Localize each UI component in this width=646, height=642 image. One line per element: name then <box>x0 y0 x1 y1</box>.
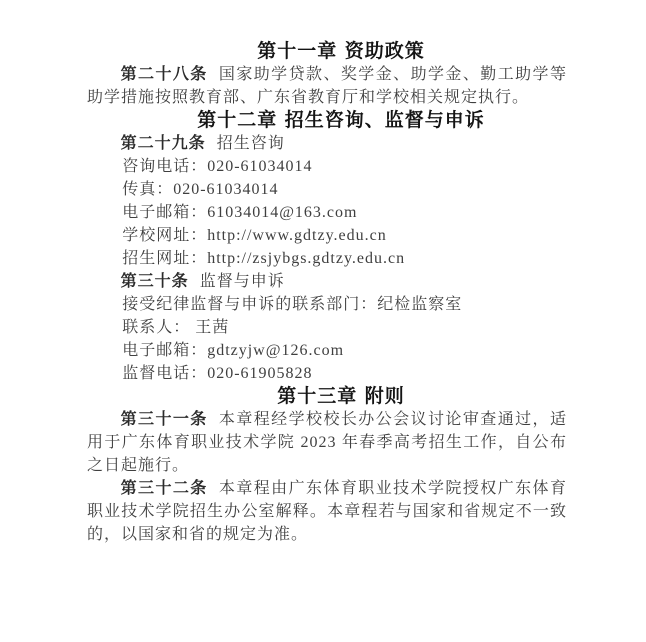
chapter-heading: 第十二章 招生咨询、监督与申诉 <box>101 109 581 132</box>
contact-detail-line: 电子邮箱：61034014@163.com <box>87 201 567 224</box>
article-number: 第三十二条 <box>121 480 208 497</box>
article-number: 第三十一条 <box>121 411 208 428</box>
contact-detail-line: 接受纪律监督与申诉的联系部门：纪检监察室 <box>87 293 567 316</box>
contact-detail-line: 招生网址：http://zsjybgs.gdtzy.edu.cn <box>87 247 567 270</box>
article-paragraph: 第二十九条招生咨询 <box>87 132 567 155</box>
article-paragraph: 第三十二条本章程由广东体育职业技术学院授权广东体育职业技术学院招生办公室解释。本… <box>87 477 567 546</box>
contact-detail-line: 学校网址：http://www.gdtzy.edu.cn <box>87 224 567 247</box>
article-paragraph: 第二十八条国家助学贷款、奖学金、助学金、勤工助学等助学措施按照教育部、广东省教育… <box>87 63 567 109</box>
chapter-heading: 第十三章 附则 <box>101 385 581 408</box>
article-number: 第三十条 <box>121 273 189 290</box>
article-number: 第二十八条 <box>121 66 208 83</box>
contact-detail-line: 电子邮箱：gdtzyjw@126.com <box>87 339 567 362</box>
chapter-heading: 第十一章 资助政策 <box>101 40 581 63</box>
document-page: 第十一章 资助政策第二十八条国家助学贷款、奖学金、助学金、勤工助学等助学措施按照… <box>87 40 567 546</box>
contact-detail-line: 监督电话：020-61905828 <box>87 362 567 385</box>
contact-detail-line: 咨询电话：020-61034014 <box>87 155 567 178</box>
article-paragraph: 第三十一条本章程经学校校长办公会议讨论审查通过，适用于广东体育职业技术学院 20… <box>87 408 567 477</box>
article-text: 招生咨询 <box>217 135 285 152</box>
article-number: 第二十九条 <box>121 135 206 152</box>
contact-detail-line: 联系人： 王茜 <box>87 316 567 339</box>
article-paragraph: 第三十条监督与申诉 <box>87 270 567 293</box>
article-text: 监督与申诉 <box>200 273 285 290</box>
contact-detail-line: 传真：020-61034014 <box>87 178 567 201</box>
